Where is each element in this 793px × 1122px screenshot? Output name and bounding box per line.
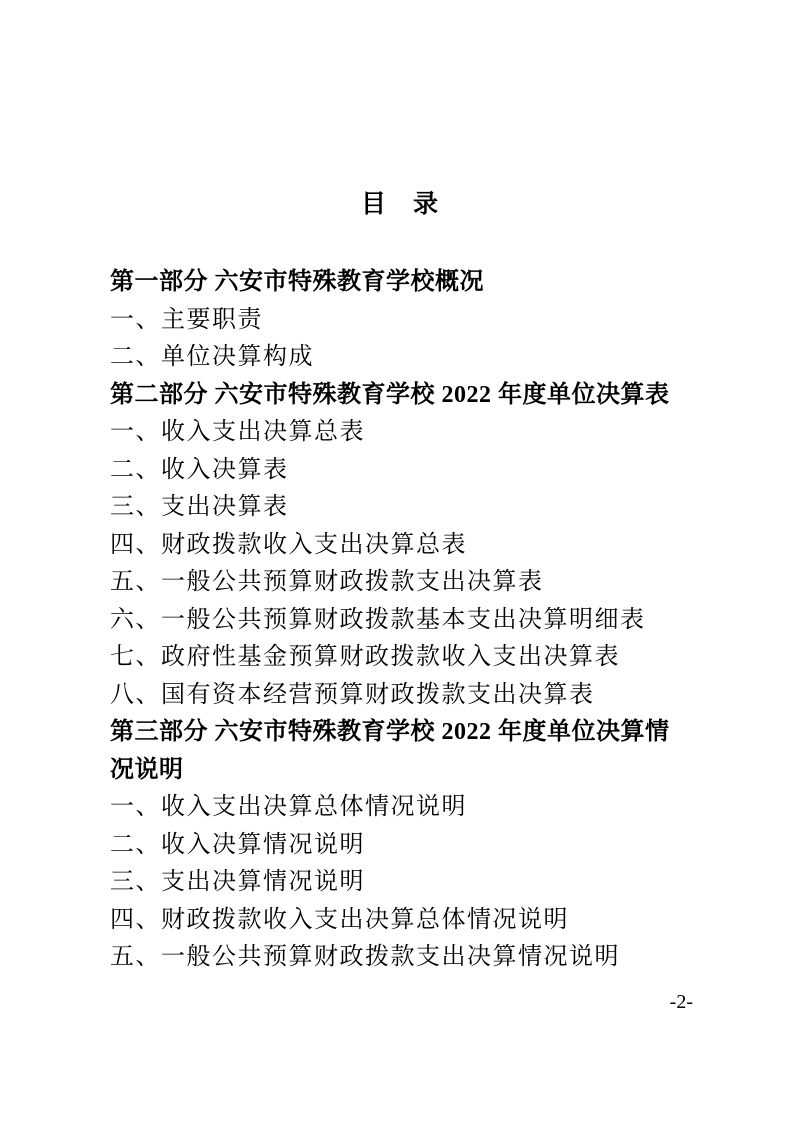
toc-item: 四、财政拨款收入支出决算总表: [110, 527, 690, 565]
toc-item: 三、支出决算表: [110, 489, 690, 527]
toc-item: 四、财政拨款收入支出决算总体情况说明: [110, 902, 690, 940]
toc-item: 五、一般公共预算财政拨款支出决算表: [110, 564, 690, 602]
document-title: 目 录: [110, 186, 690, 223]
toc-content: 目 录 第一部分 六安市特殊教育学校概况一、主要职责二、单位决算构成第二部分 六…: [110, 186, 690, 977]
toc-item: 三、支出决算情况说明: [110, 864, 690, 902]
toc-item: 二、收入决算情况说明: [110, 827, 690, 865]
toc-section-heading: 第一部分 六安市特殊教育学校概况: [110, 264, 690, 302]
toc-item: 八、国有资本经营预算财政拨款支出决算表: [110, 677, 690, 715]
toc-item: 五、一般公共预算财政拨款支出决算情况说明: [110, 939, 690, 977]
page-number: -2-: [670, 990, 693, 1014]
toc-item: 六、一般公共预算财政拨款基本支出决算明细表: [110, 602, 690, 640]
document-page: 目 录 第一部分 六安市特殊教育学校概况一、主要职责二、单位决算构成第二部分 六…: [0, 0, 793, 1122]
toc-item: 一、收入支出决算总表: [110, 414, 690, 452]
toc-lines: 第一部分 六安市特殊教育学校概况一、主要职责二、单位决算构成第二部分 六安市特殊…: [110, 264, 690, 977]
toc-item: 一、收入支出决算总体情况说明: [110, 789, 690, 827]
toc-item: 二、收入决算表: [110, 452, 690, 490]
toc-section-heading: 第三部分 六安市特殊教育学校 2022 年度单位决算情况说明: [110, 714, 690, 789]
toc-section-heading: 第二部分 六安市特殊教育学校 2022 年度单位决算表: [110, 377, 690, 415]
toc-item: 二、单位决算构成: [110, 339, 690, 377]
toc-item: 一、主要职责: [110, 302, 690, 340]
toc-item: 七、政府性基金预算财政拨款收入支出决算表: [110, 639, 690, 677]
